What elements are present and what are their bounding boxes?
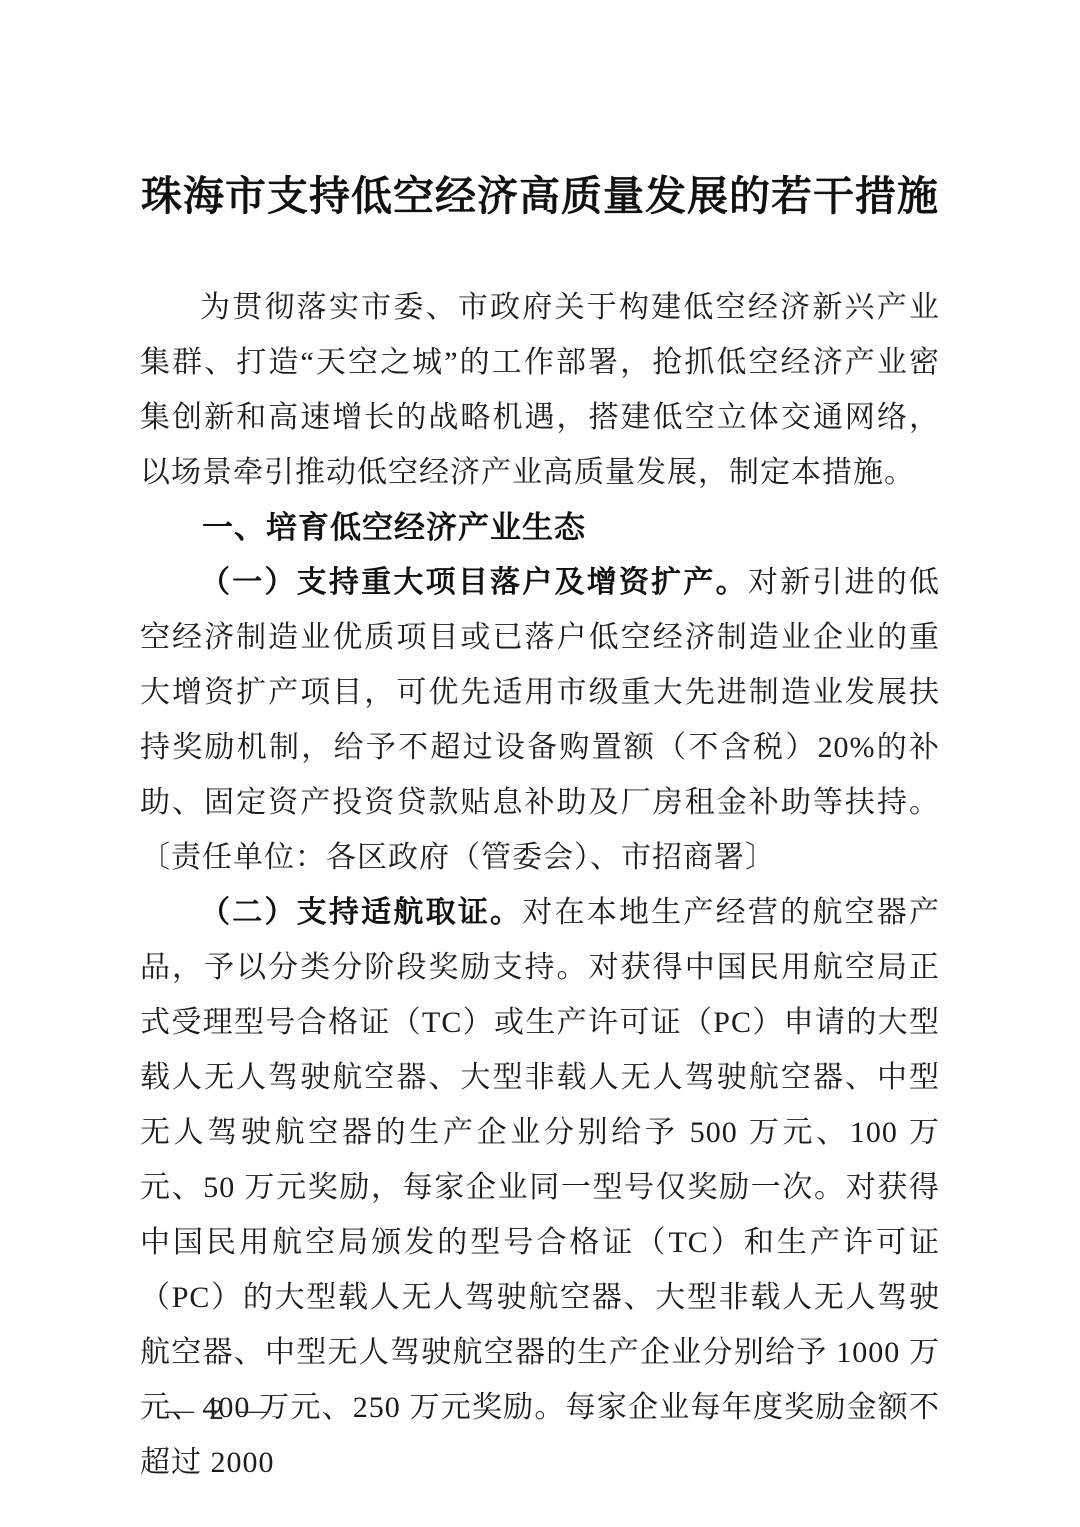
section-heading-1: 一、培育低空经济产业生态 bbox=[140, 500, 940, 555]
document-title: 珠海市支持低空经济高质量发展的若干措施 bbox=[140, 170, 940, 222]
page-number: — 2 — bbox=[165, 1394, 272, 1427]
policy-item-1: （一）支持重大项目落户及增资扩产。对新引进的低空经济制造业优质项目或已落户低空经… bbox=[140, 555, 940, 885]
document-page: 珠海市支持低空经济高质量发展的若干措施 为贯彻落实市委、市政府关于构建低空经济新… bbox=[0, 0, 1080, 1527]
intro-paragraph: 为贯彻落实市委、市政府关于构建低空经济新兴产业集群、打造“天空之城”的工作部署，… bbox=[140, 280, 940, 500]
document-body: 为贯彻落实市委、市政府关于构建低空经济新兴产业集群、打造“天空之城”的工作部署，… bbox=[140, 280, 940, 1490]
policy-item-2-lead: （二）支持适航取证。 bbox=[200, 896, 522, 929]
policy-item-2-body: 对在本地生产经营的航空器产品，予以分类分阶段奖励支持。对获得中国民用航空局正式受… bbox=[140, 896, 940, 1479]
policy-item-1-body: 对新引进的低空经济制造业优质项目或已落户低空经济制造业企业的重大增资扩产项目，可… bbox=[140, 566, 940, 874]
policy-item-1-lead: （一）支持重大项目落户及增资扩产。 bbox=[200, 566, 748, 599]
